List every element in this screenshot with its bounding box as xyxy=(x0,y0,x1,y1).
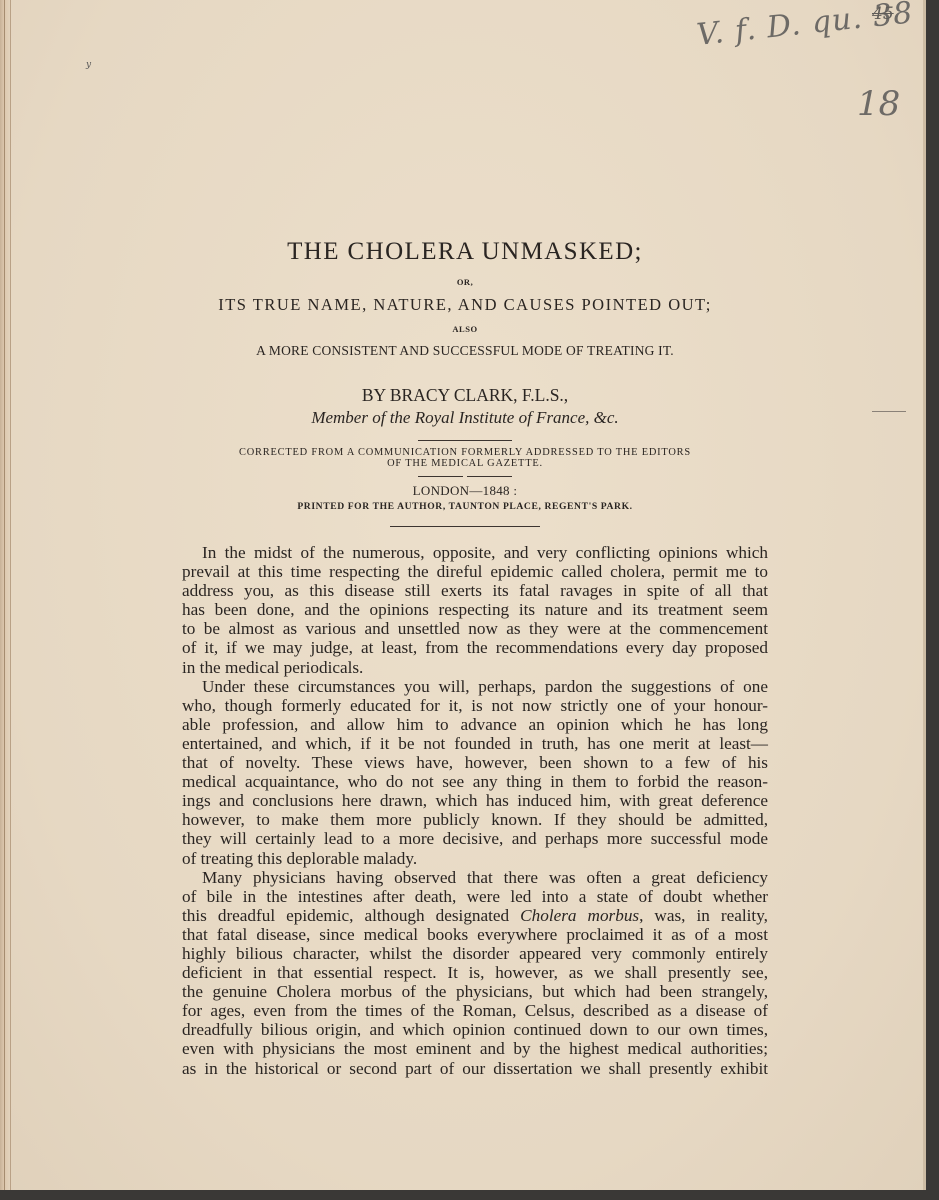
text-line: able profession, and allow him to advanc… xyxy=(162,715,768,734)
text-line: medical acquaintance, who do not see any… xyxy=(162,772,768,791)
paragraph-3: Many physicians having observed that the… xyxy=(162,868,768,1078)
connector-or: OR, xyxy=(162,277,768,287)
imprint-place-date: LONDON—1848 : xyxy=(162,483,768,499)
title-page-content: THE CHOLERA UNMASKED; OR, ITS TRUE NAME,… xyxy=(162,236,768,1078)
document-subtitle: ITS TRUE NAME, NATURE, AND CAUSES POINTE… xyxy=(162,295,768,315)
text-segment: this dreadful epidemic, although designa… xyxy=(182,906,520,925)
stray-pencil-mark: y xyxy=(86,60,91,70)
struck-shelfmark-number: 45 xyxy=(872,4,894,24)
binding-edge xyxy=(0,0,11,1190)
text-line: address you, as this disease still exert… xyxy=(162,581,768,600)
divider-rule-split xyxy=(418,476,512,477)
text-line: that of novelty. These views have, howev… xyxy=(162,753,768,772)
divider-rule xyxy=(418,440,512,441)
margin-pencil-stroke xyxy=(872,411,906,412)
binding-line xyxy=(4,0,5,1190)
paragraph-2: Under these circumstances you will, perh… xyxy=(162,677,768,868)
text-line: dreadfully bilious origin, and which opi… xyxy=(162,1020,768,1039)
text-line: as in the historical or second part of o… xyxy=(162,1059,768,1078)
document-title: THE CHOLERA UNMASKED; xyxy=(162,236,768,268)
text-segment: , was, in reality, xyxy=(639,906,768,925)
text-line: deficient in that essential respect. It … xyxy=(162,963,768,982)
text-line: of it, if we may judge, at least, from t… xyxy=(162,638,768,657)
text-line: in the medical periodicals. xyxy=(162,658,768,677)
text-line: of bile in the intestines after death, w… xyxy=(162,887,768,906)
body-text: In the midst of the numerous, opposite, … xyxy=(162,543,768,1078)
text-line: for ages, even from the times of the Rom… xyxy=(162,1001,768,1020)
italic-term: Cholera morbus xyxy=(520,906,639,925)
author-byline: BY BRACY CLARK, F.L.S., xyxy=(162,384,768,406)
text-line: entertained, and which, if it be not fou… xyxy=(162,734,768,753)
divider-rule-long xyxy=(390,526,540,527)
text-line: of treating this deplorable malady. xyxy=(162,849,768,868)
text-line: prevail at this time respecting the dire… xyxy=(162,562,768,581)
text-line: even with physicians the most eminent an… xyxy=(162,1039,768,1058)
document-page: y V. f. D. qu. 38 45 18 THE CHOLERA UNMA… xyxy=(0,0,926,1190)
author-affiliation: Member of the Royal Institute of France,… xyxy=(162,407,768,429)
corrected-note-line-1: CORRECTED FROM A COMMUNICATION FORMERLY … xyxy=(162,447,768,458)
text-line: to be almost as various and unsettled no… xyxy=(162,619,768,638)
text-line-with-italic: this dreadful epidemic, although designa… xyxy=(162,906,768,925)
text-line: who, though formerly educated for it, is… xyxy=(162,696,768,715)
text-line: Many physicians having observed that the… xyxy=(162,868,768,887)
imprint-printer: PRINTED FOR THE AUTHOR, TAUNTON PLACE, R… xyxy=(162,501,768,513)
text-line: however, to make them more publicly know… xyxy=(162,810,768,829)
text-line: Under these circumstances you will, perh… xyxy=(162,677,768,696)
pencil-folio-number: 18 xyxy=(857,84,900,124)
text-line: In the midst of the numerous, opposite, … xyxy=(162,543,768,562)
text-line: they will certainly lead to a more decis… xyxy=(162,829,768,848)
page-right-edge xyxy=(923,0,926,1190)
paragraph-1: In the midst of the numerous, opposite, … xyxy=(162,543,768,677)
text-line: highly bilious character, whilst the dis… xyxy=(162,944,768,963)
text-line: the genuine Cholera morbus of the physic… xyxy=(162,982,768,1001)
corrected-note-line-2: OF THE MEDICAL GAZETTE. xyxy=(162,458,768,469)
connector-also: ALSO xyxy=(162,324,768,334)
document-subtitle-secondary: A MORE CONSISTENT AND SUCCESSFUL MODE OF… xyxy=(162,342,768,360)
text-line: that fatal disease, since medical books … xyxy=(162,925,768,944)
text-line: ings and conclusions here drawn, which h… xyxy=(162,791,768,810)
text-line: has been done, and the opinions respecti… xyxy=(162,600,768,619)
